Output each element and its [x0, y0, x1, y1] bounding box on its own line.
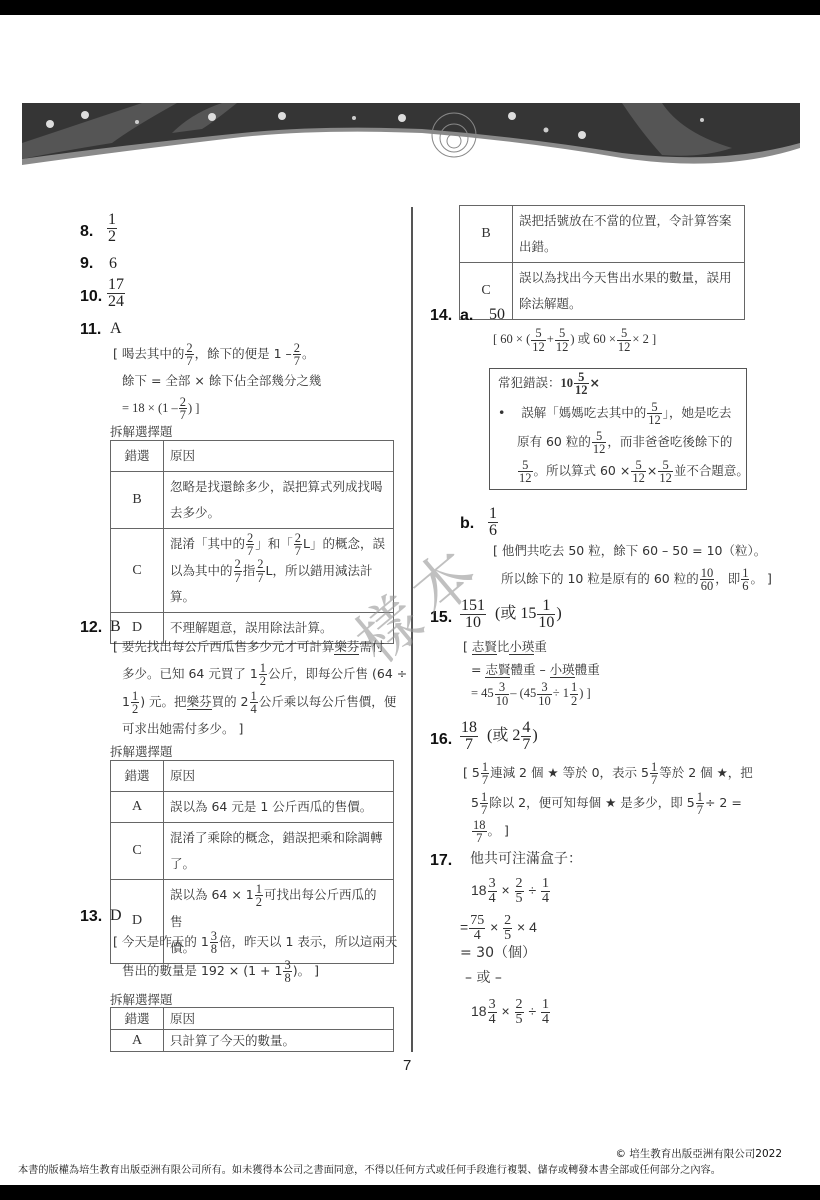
rights-notice: 本書的版權為培生教育出版亞洲有限公司所有。如未獲得本公司之書面同意，不得以任何方…	[18, 1161, 721, 1176]
q14b-label: b.	[460, 515, 474, 533]
q13-breakdown-table-part2: B誤把括號放在不當的位置，令計算答案出錯。 C誤以為找出今天售出水果的數量，誤用…	[459, 205, 745, 320]
q17-alt-step1: 1834 × 25 ÷ 14	[471, 998, 551, 1027]
q14b-explanation-line1: [ 他們共吃去 50 粒，餘下 60 – 50 = 10（粒）。	[493, 537, 766, 564]
q11-explanation-line2: 餘下 = 全部 × 餘下佔全部幾分之幾	[122, 367, 321, 394]
q14-number: 14.	[430, 307, 452, 325]
common-error-line1: • 誤解「媽媽吃去其中的512」，她是吃去	[498, 399, 732, 427]
q12-explanation-line1: [ 要先找出每公斤西瓜售多少元才可計算樂芬需付	[113, 633, 384, 660]
q16-number: 16.	[430, 731, 452, 749]
table-header-row: 錯選原因	[111, 761, 394, 792]
q11-number: 11.	[80, 321, 101, 339]
q15-working-line2: = 志賢體重 – 小瑛體重	[471, 656, 600, 683]
q12-explanation-line2: 多少。已知 64 元買了 112公斤，即每公斤售 (64 ÷	[122, 660, 407, 688]
table-row: A誤以為 64 元是 1 公斤西瓜的售價。	[111, 792, 394, 823]
q10-number: 10.	[80, 288, 102, 306]
q14a-label: a.	[460, 307, 473, 325]
header-choice: 錯選	[111, 441, 164, 472]
q13-breakdown-table-part1: 錯選原因 A只計算了今天的數量。	[110, 1007, 394, 1052]
q16-explanation-line3: 187。 ]	[471, 817, 509, 845]
q11-explanation-line1: [ 喝去其中的27，餘下的便是 1 –27。	[113, 340, 315, 368]
page-number: 7	[403, 1057, 411, 1074]
header-banner	[22, 103, 800, 165]
q9-number: 9.	[80, 255, 93, 273]
q10-answer: 1724	[106, 277, 126, 310]
q16-explanation-line1: [ 517連減 2 個 ★ 等於 0，表示 517等於 2 個 ★，把	[463, 759, 753, 787]
table-header-row: 錯選原因	[111, 441, 394, 472]
common-error-line2: 原有 60 粒的512，而非爸爸吃後餘下的	[517, 428, 732, 456]
q13-explanation-line1: [ 今天是昨天的 138倍，昨天以 1 表示，所以這兩天	[113, 928, 397, 956]
table-row: C混淆了乘除的概念，錯誤把乘和除調轉了。	[111, 823, 394, 880]
common-error-box: 常犯錯誤：10512× • 誤解「媽媽吃去其中的512」，她是吃去 原有 60 …	[489, 368, 747, 490]
top-black-bar	[0, 0, 820, 15]
q13-answer: D	[110, 907, 122, 925]
q17-intro: 他共可注滿盒子：	[470, 846, 582, 873]
q13-number: 13.	[80, 908, 102, 926]
q12-number: 12.	[80, 619, 102, 637]
table-header-row: 錯選原因	[111, 1008, 394, 1030]
table-row: A只計算了今天的數量。	[111, 1030, 394, 1052]
copyright-line: © 培生教育出版亞洲有限公司2022	[615, 1146, 782, 1161]
q14b-answer: 16	[487, 506, 499, 539]
q12-explanation-line3: 112) 元。把樂芬買的 214公斤乘以每公斤售價，便	[122, 688, 396, 716]
q14b-explanation-line2: 所以餘下的 10 粒是原有的 60 粒的1060，即16。 ]	[501, 565, 772, 593]
q16-explanation-line2: 517除以 2，便可知每個 ★ 是多少，即 517÷ 2 =	[471, 789, 742, 817]
common-error-line3: 512。所以算式 60 ×512×512並不合題意。	[517, 457, 749, 485]
q17-step2: =754 × 25 × 4	[460, 914, 537, 943]
q12-explanation-line4: 可求出她需付多少。 ]	[122, 715, 243, 742]
q13-explanation-line2: 售出的數量是 192 × (1 + 138)。 ]	[122, 957, 319, 985]
q17-number: 17.	[430, 852, 452, 870]
q8-number: 8.	[80, 223, 93, 241]
table-row: B誤把括號放在不當的位置，令計算答案出錯。	[460, 206, 745, 263]
q9-answer: 6	[109, 255, 117, 273]
q15-working-line3: = 45310– (45310÷ 112) ]	[471, 680, 591, 707]
header-reason: 原因	[164, 441, 394, 472]
q12-breakdown-label: 拆解選擇題	[110, 742, 173, 760]
q11-breakdown-label: 拆解選擇題	[110, 422, 173, 440]
q17-or-separator: – 或 –	[465, 965, 502, 992]
q11-explanation-line3: = 18 × (1 –27) ]	[122, 394, 199, 422]
q17-result: = 30（個）	[460, 940, 536, 967]
q16-answer: 187 (或 247)	[459, 720, 538, 753]
table-row: B忽略是找還餘多少，誤把算式列成找喝去多少。	[111, 472, 394, 529]
bottom-black-bar	[0, 1185, 820, 1200]
q17-step1: 1834 × 25 ÷ 14	[471, 877, 551, 906]
q14a-working: [ 60 × (512+512) 或 60 ×512× 2 ]	[493, 326, 656, 353]
q11-answer: A	[110, 320, 122, 338]
cross-mark-icon: ×	[590, 375, 600, 390]
q8-answer: 12	[106, 212, 118, 245]
q14a-answer: 50	[489, 306, 505, 324]
q13-breakdown-label: 拆解選擇題	[110, 990, 173, 1008]
common-error-title: 常犯錯誤：10512×	[498, 369, 600, 397]
bullet-icon: •	[498, 405, 505, 420]
